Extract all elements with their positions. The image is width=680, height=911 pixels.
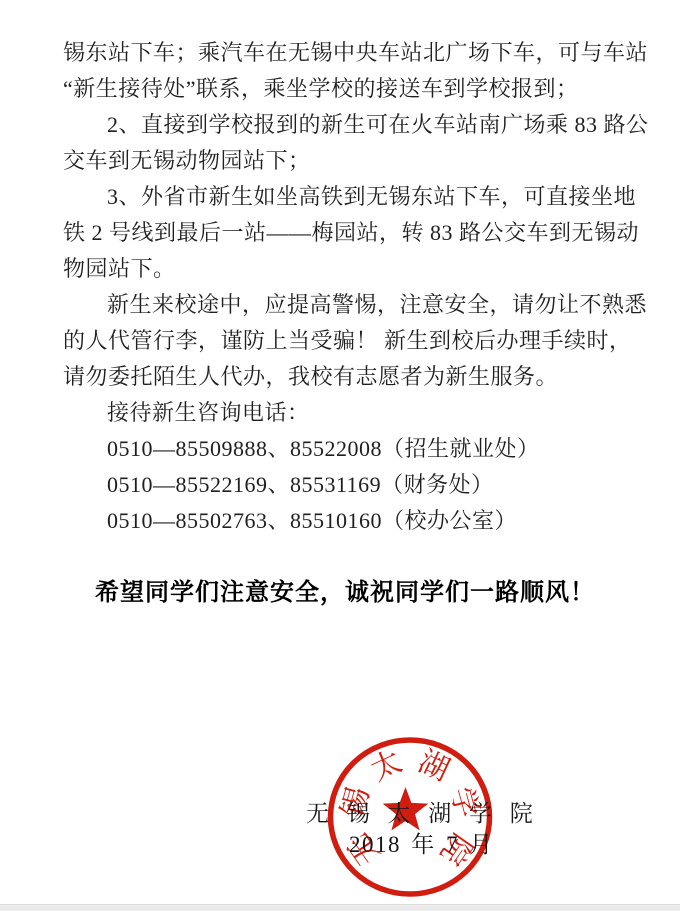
document-line: 铁 2 号线到最后一站——梅园站，转 83 路公交车到无锡动 — [63, 215, 649, 251]
document-line: “新生接待处”联系，乘坐学校的接送车到学校报到； — [63, 71, 649, 107]
document-line: 锡东站下车；乘汽车在无锡中央车站北广场下车，可与车站 — [63, 35, 649, 71]
document-line: 0510—85509888、85522008（招生就业处） — [63, 431, 649, 467]
document-line: 接待新生咨询电话： — [63, 395, 649, 431]
scan-edge-artifact — [0, 904, 680, 911]
document-line: 请勿委托陌生人代办，我校有志愿者为新生服务。 — [63, 359, 649, 395]
document-line: 2、直接到学校报到的新生可在火车站南广场乘 83 路公 — [63, 107, 649, 143]
document-line: 0510—85522169、85531169（财务处） — [63, 467, 649, 503]
signature-organization: 无 锡 太 湖 学 院 — [306, 795, 538, 828]
document-text-block: 锡东站下车；乘汽车在无锡中央车站北广场下车，可与车站“新生接待处”联系，乘坐学校… — [63, 35, 649, 539]
document-line: 物园站下。 — [63, 251, 649, 287]
closing-wish-line: 希望同学们注意安全，诚祝同学们一路顺风！ — [95, 572, 595, 607]
document-line: 0510—85502763、85510160（校办公室） — [63, 503, 649, 539]
document-page: 锡东站下车；乘汽车在无锡中央车站北广场下车，可与车站“新生接待处”联系，乘坐学校… — [0, 0, 680, 911]
document-line: 交车到无锡动物园站下； — [63, 143, 649, 179]
document-line: 新生来校途中，应提高警惕，注意安全，请勿让不熟悉 — [63, 287, 649, 323]
signature-date: 2018 年 7 月 — [349, 826, 494, 859]
document-line: 的人代管行李，谨防上当受骗！ 新生到校后办理手续时， — [63, 323, 649, 359]
document-line: 3、外省市新生如坐高铁到无锡东站下车，可直接坐地 — [63, 179, 649, 215]
